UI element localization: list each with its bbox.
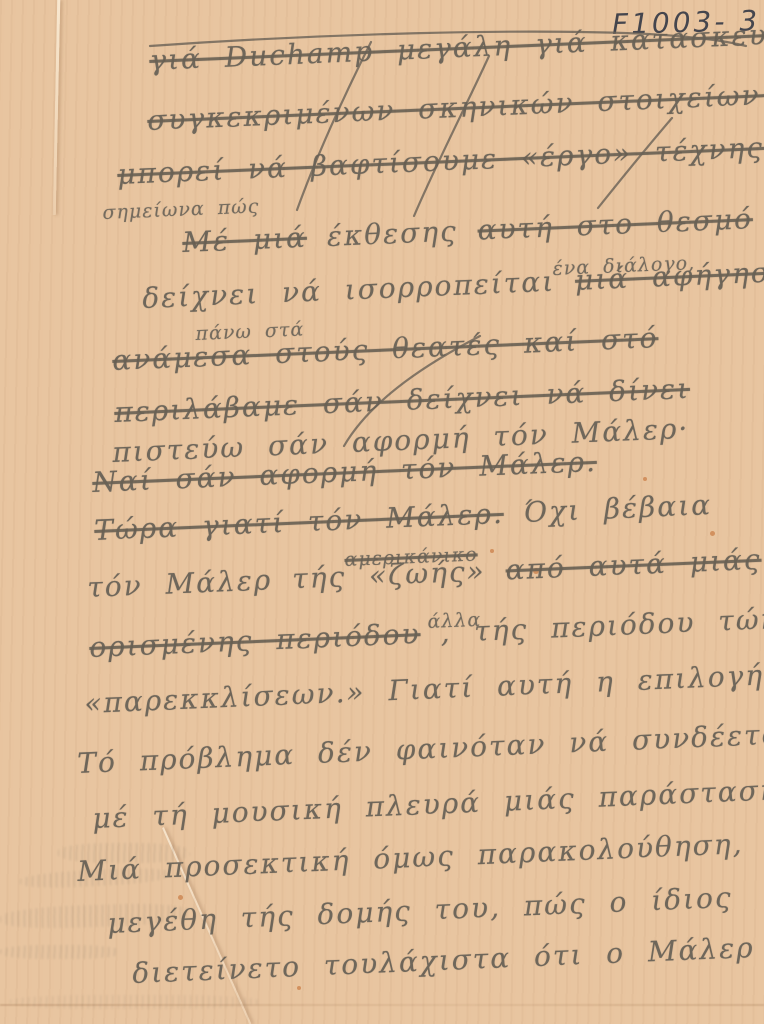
manuscript-line: συγκεκριμένων σκηνικών στοιχείων ώστε: [147, 74, 764, 137]
foxing-spot: [297, 986, 301, 990]
struck-text: Τώρα γιατί τόν Μάλερ.: [94, 497, 505, 547]
handwritten-text: Όχι βέβαια: [523, 488, 713, 529]
struck-text: γιά Duchamp μεγάλη γιά κατασκευή γιά: [149, 14, 764, 77]
handwritten-text: «παρεκκλίσεων.» Γιατί αυτή η επιλογή του…: [84, 655, 764, 720]
handwritten-text: μέ τή μουσική πλευρά μιάς παράστασης.: [92, 772, 764, 835]
manuscript-line: Μέ μιάέκθεσηςαυτή στο θεσμόο Τοψ.: [182, 196, 764, 259]
manuscript-line: διετείνετο τουλάχιστα ότι ο Μάλερ: [132, 931, 756, 990]
struck-text: ορισμένης περιόδου: [89, 617, 422, 664]
paper-crease-vertical: [53, 0, 61, 215]
struck-text: μπορεί νά βαφτίσουμε «έργο» τέχνης.: [117, 130, 764, 191]
foxing-spot: [178, 895, 183, 900]
handwritten-text: Μιά προσεκτική όμως παρακολούθηση,: [77, 827, 744, 888]
handwritten-text: μεγέθη τής δομής του, πώς ο ίδιος: [107, 881, 734, 940]
struck-text: Μέ μιά: [182, 221, 308, 259]
handwritten-text: τόν Μάλερ: [87, 563, 273, 604]
foxing-spot: [490, 549, 494, 553]
manuscript-line: ανάμεσα στούς θεατές καί στό: [112, 321, 659, 377]
struck-text: συγκεκριμένων σκηνικών στοιχείων ώστε: [147, 74, 764, 137]
interlinear-note: σημείωνα πώς: [102, 195, 260, 224]
pencil-smudge: [10, 995, 260, 1009]
handwritten-text: , τής περιόδου τών: [440, 602, 764, 649]
strike-stroke-diagonal-2: [414, 56, 489, 216]
handwritten-text: διετείνετο τουλάχιστα ότι ο Μάλερ: [132, 931, 756, 990]
foxing-spot: [643, 477, 647, 481]
struck-text: ανάμεσα στούς θεατές καί στό: [112, 321, 659, 377]
handwritten-text: έκθεσης: [326, 214, 458, 252]
manuscript-line: Τό πρόβλημα δέν φαινόταν νά συνδέεται: [77, 717, 764, 780]
struck-text: από αυτά μιάς: [505, 543, 762, 587]
handwritten-text: τής «ζωής»: [292, 554, 487, 595]
manuscript-line: μπορεί νά βαφτίσουμε «έργο» τέχνης.: [117, 130, 764, 191]
handwritten-text: Τό πρόβλημα δέν φαινόταν νά συνδέεται: [77, 717, 764, 780]
manuscript-line: μεγέθη τής δομής του, πώς ο ίδιος: [107, 881, 734, 940]
manuscript-page: F1003- 3 γιά Duchamp μεγάλη γιά κατασκευ…: [0, 0, 764, 1024]
foxing-spot: [710, 531, 715, 536]
struck-text: αυτή στο θεσμό: [477, 202, 754, 247]
handwritten-text: σημείωνα πώς: [102, 195, 260, 224]
manuscript-line: «παρεκκλίσεων.» Γιατί αυτή η επιλογή του…: [84, 655, 764, 720]
manuscript-line: γιά Duchamp μεγάλη γιά κατασκευή γιά: [149, 14, 764, 77]
manuscript-line: μέ τή μουσική πλευρά μιάς παράστασης.: [92, 772, 764, 835]
manuscript-line: Τώρα γιατί τόν Μάλερ.Όχι βέβαια: [94, 488, 713, 547]
handwritten-text: δείχνει νά ισορροπείται: [142, 265, 556, 315]
manuscript-line: Μιά προσεκτική όμως παρακολούθηση,: [77, 827, 744, 888]
pencil-smudge: [0, 945, 120, 959]
manuscript-line: δείχνει νά ισορροπείταιμιά αφήγηση: [142, 255, 764, 315]
